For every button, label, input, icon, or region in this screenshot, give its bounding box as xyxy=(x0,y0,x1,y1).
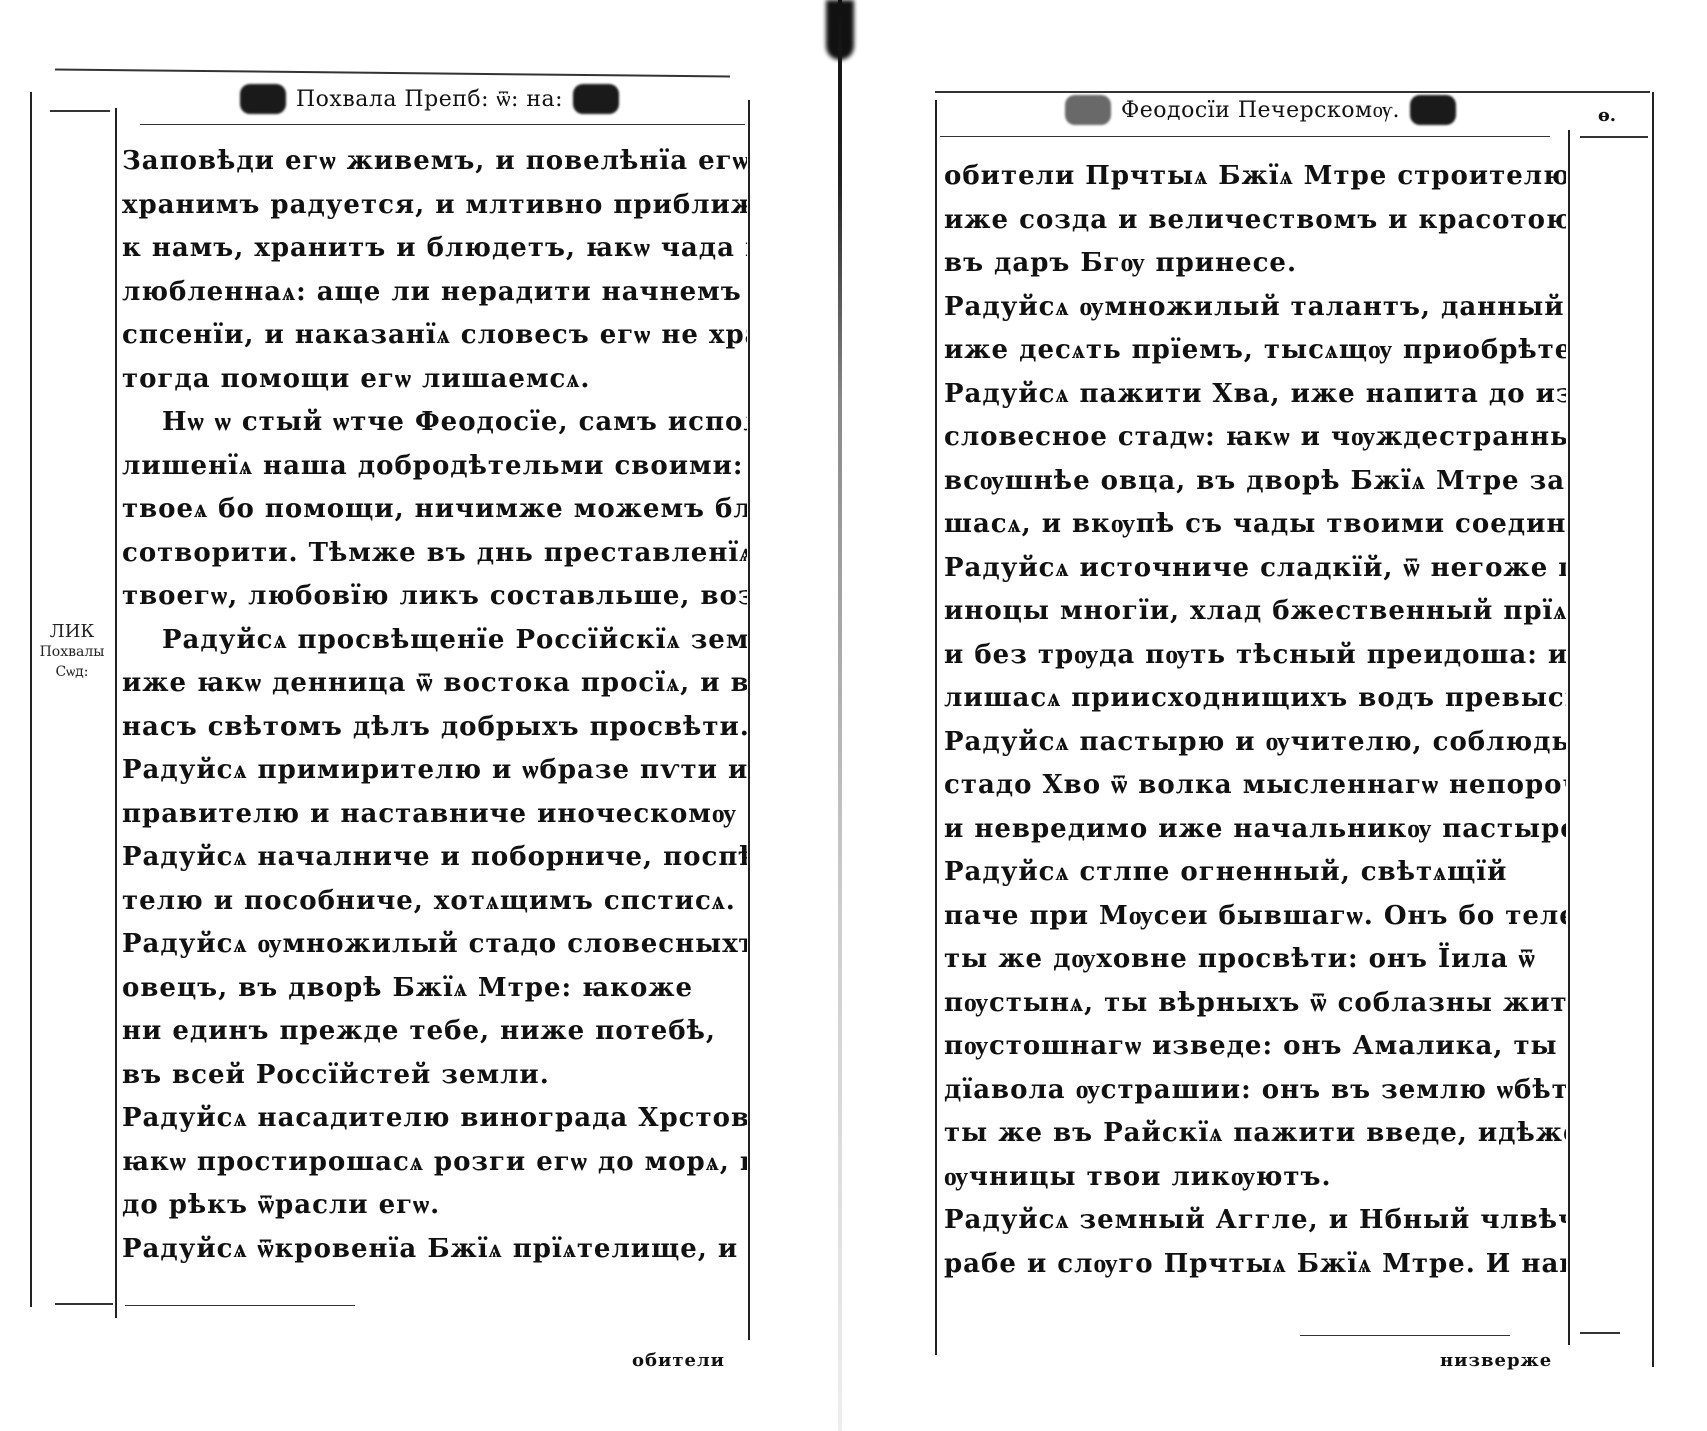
text-line: въ даръ Бгѹ принесе. xyxy=(944,242,1566,286)
text-line: Радуйсѧ ѹмножилый стадо словесныхъ xyxy=(122,923,747,967)
text-line: Радуйсѧ насадителю винограда Хрстова: xyxy=(122,1097,747,1141)
text-line: иже созда и величествомъ и красотою, и xyxy=(944,199,1566,243)
text-line: словесное стадѡ: ꙗкѡ и чѹждестранныѧ xyxy=(944,416,1566,460)
text-line: хранимъ радуется, и млтивно приближаѥся xyxy=(122,184,747,228)
text-line: телю и пособниче, хотѧщимъ спстисѧ. xyxy=(122,880,747,924)
catchword: низверже xyxy=(1440,1350,1552,1371)
text-line: паче при Мѹсеи бывшагѡ. Онъ бо телесне, xyxy=(944,895,1566,939)
margin-rule xyxy=(1580,136,1648,138)
text-line: пѹстошнагѡ изведе: онъ Амалика, ты же xyxy=(944,1025,1566,1069)
text-line: ни единъ прежде тебе, ниже потебѣ, xyxy=(122,1010,747,1054)
bottom-margin-rule xyxy=(1580,1332,1620,1334)
header-title: Похвала Препб: ѿ: на: xyxy=(296,86,563,112)
text-line: въ всей Россїйстей земли. xyxy=(122,1054,747,1098)
text-line: Радуйсѧ ѹмножилый талантъ, данный тебѣ с… xyxy=(944,286,1566,330)
text-line: Нѡ ѡ стый ѡтче Феодосїе, самъ исполни xyxy=(122,401,747,445)
bottom-margin-rule xyxy=(55,1303,113,1305)
outer-margin-line xyxy=(1652,92,1654,1367)
margin-note-line: ЛИК xyxy=(32,622,112,642)
text-line: иноцы многїи, хлад бжественный прїѧша, xyxy=(944,590,1566,634)
top-rule xyxy=(935,91,1650,93)
text-line: Радуйсѧ ѿкровенїа Бжїѧ прїѧтелище, и xyxy=(122,1228,747,1272)
outer-margin-line xyxy=(30,92,32,1307)
margin-note-line: Похвалы xyxy=(32,642,112,662)
text-line: Радуйсѧ источниче сладкїй, ѿ негоже пивш… xyxy=(944,547,1566,591)
text-line: ты же дѹховне просвѣти: онъ Їила ѿ xyxy=(944,938,1566,982)
text-line: шасѧ, и вкѹпѣ съ чады твоими соединишасѧ… xyxy=(944,503,1566,547)
text-line: твоегѡ, любовїю ликъ составльше, возывае… xyxy=(122,575,747,619)
text-line: Радуйсѧ стлпе огненный, свѣтѧщїй xyxy=(944,851,1566,895)
bottom-rule xyxy=(125,1305,355,1306)
text-line: сотворити. Тѣмже въ днь преставленїѧ xyxy=(122,532,747,576)
header-rule xyxy=(940,136,1550,137)
ornament-icon xyxy=(240,84,286,114)
page-number: ѳ. xyxy=(1598,105,1616,126)
header-title: Феодосїи Печерскомѹ. xyxy=(1121,97,1400,123)
inner-margin-line xyxy=(748,100,750,1340)
margin-rule xyxy=(50,110,110,112)
text-line: твоеѧ бо помощи, ничимже можемъ благо чт… xyxy=(122,488,747,532)
left-text-block: Заповѣди егѡ живемъ, и повелѣнїа егѡ хра… xyxy=(122,140,747,1271)
right-text-block: обители Прчтыѧ Бжїѧ Мтре строителю: иже … xyxy=(944,155,1566,1286)
text-line: ꙗкѡ простирошасѧ розги егѡ до морѧ, и да… xyxy=(122,1141,747,1185)
text-line: до рѣкъ ѿрасли егѡ. xyxy=(122,1184,747,1228)
text-line: иже десѧть прїемъ, тысѧщѹ приобрѣте. xyxy=(944,329,1566,373)
text-line: обители Прчтыѧ Бжїѧ Мтре строителю: xyxy=(944,155,1566,199)
text-line: любленнаѧ: аще ли нерадити начнемъ ѡ сво… xyxy=(122,271,747,315)
ornament-icon xyxy=(573,84,619,114)
header-rule xyxy=(140,124,745,125)
text-line: спсенїи, и наказанїѧ словесъ егѡ не хран… xyxy=(122,314,747,358)
text-line: Радуйсѧ пастырю и ѹчителю, соблюдый xyxy=(944,721,1566,765)
text-line: Радуйсѧ примирителю и ѡбразе пѵти и боже… xyxy=(122,749,747,793)
bottom-rule xyxy=(1300,1335,1510,1336)
text-line: Радуйсѧ земный Аггле, и Нбный члвѣче, xyxy=(944,1199,1566,1243)
text-line: овецъ, въ дворѣ Бжїѧ Мтре: ꙗкоже xyxy=(122,967,747,1011)
book-gutter xyxy=(838,0,842,1431)
text-line: и без трѹда пѹть тѣсный преидоша: и все- xyxy=(944,634,1566,678)
text-line: тогда помощи егѡ лишаемсѧ. xyxy=(122,358,747,402)
text-line: иже ꙗкѡ денница ѿ востока просїѧ, и всѣх… xyxy=(122,662,747,706)
text-line: пѹстынѧ, ты вѣрныхъ ѿ соблазны житїѧ xyxy=(944,982,1566,1026)
running-header: Похвала Препб: ѿ: на: xyxy=(240,84,619,114)
text-line: к намъ, хранитъ и блюдетъ, ꙗкѡ чада воз- xyxy=(122,227,747,271)
text-line: лишасѧ приисходнищихъ водъ превыспрьны. xyxy=(944,677,1566,721)
text-line: ты же въ Райскїѧ пажити введе, идѣже xyxy=(944,1112,1566,1156)
text-line: дїавола ѹстрашии: онъ въ землю ѡбѣтованн… xyxy=(944,1069,1566,1113)
catchword: обители xyxy=(632,1350,725,1371)
text-line: Заповѣди егѡ живемъ, и повелѣнїа егѡ xyxy=(122,140,747,184)
text-line: рабе и слѹго Прчтыѧ Бжїѧ Мтре. И нагѡбо xyxy=(944,1243,1566,1287)
running-header: Феодосїи Печерскомѹ. xyxy=(1065,95,1456,125)
text-margin-line xyxy=(115,108,117,1318)
ornament-icon xyxy=(1065,95,1111,125)
margin-note: ЛИК Похвалы Сѡд: xyxy=(32,622,112,682)
ornament-icon xyxy=(1410,95,1456,125)
text-line: правителю и наставниче иноческомѹ житїю. xyxy=(122,793,747,837)
text-line: ѹчницы твои ликѹютъ. xyxy=(944,1156,1566,1200)
text-line: Радуйсѧ пажити Хва, иже напита до избытк… xyxy=(944,373,1566,417)
text-line: стадо Хво ѿ волка мысленнагѡ непорочно xyxy=(944,764,1566,808)
inner-margin-line xyxy=(935,100,937,1355)
text-margin-line xyxy=(1568,130,1570,1345)
text-line: насъ свѣтомъ дѣлъ добрыхъ просвѣти. xyxy=(122,706,747,750)
text-line: и невредимо иже начальникѹ пастыре Хѹ пр… xyxy=(944,808,1566,852)
margin-note-line: Сѡд: xyxy=(32,662,112,682)
text-line: Радуйсѧ просвѣщенїе Россїйскїѧ земли: xyxy=(122,619,747,663)
text-line: всѹшнѣе овца, въ дворѣ Бжїѧ Мтре заворн- xyxy=(944,460,1566,504)
top-rule xyxy=(55,68,730,77)
text-line: Радуйсѧ началниче и поборниче, поспѣшни- xyxy=(122,836,747,880)
text-line: лишенїѧ наша добродѣтельми своими: безъ xyxy=(122,445,747,489)
